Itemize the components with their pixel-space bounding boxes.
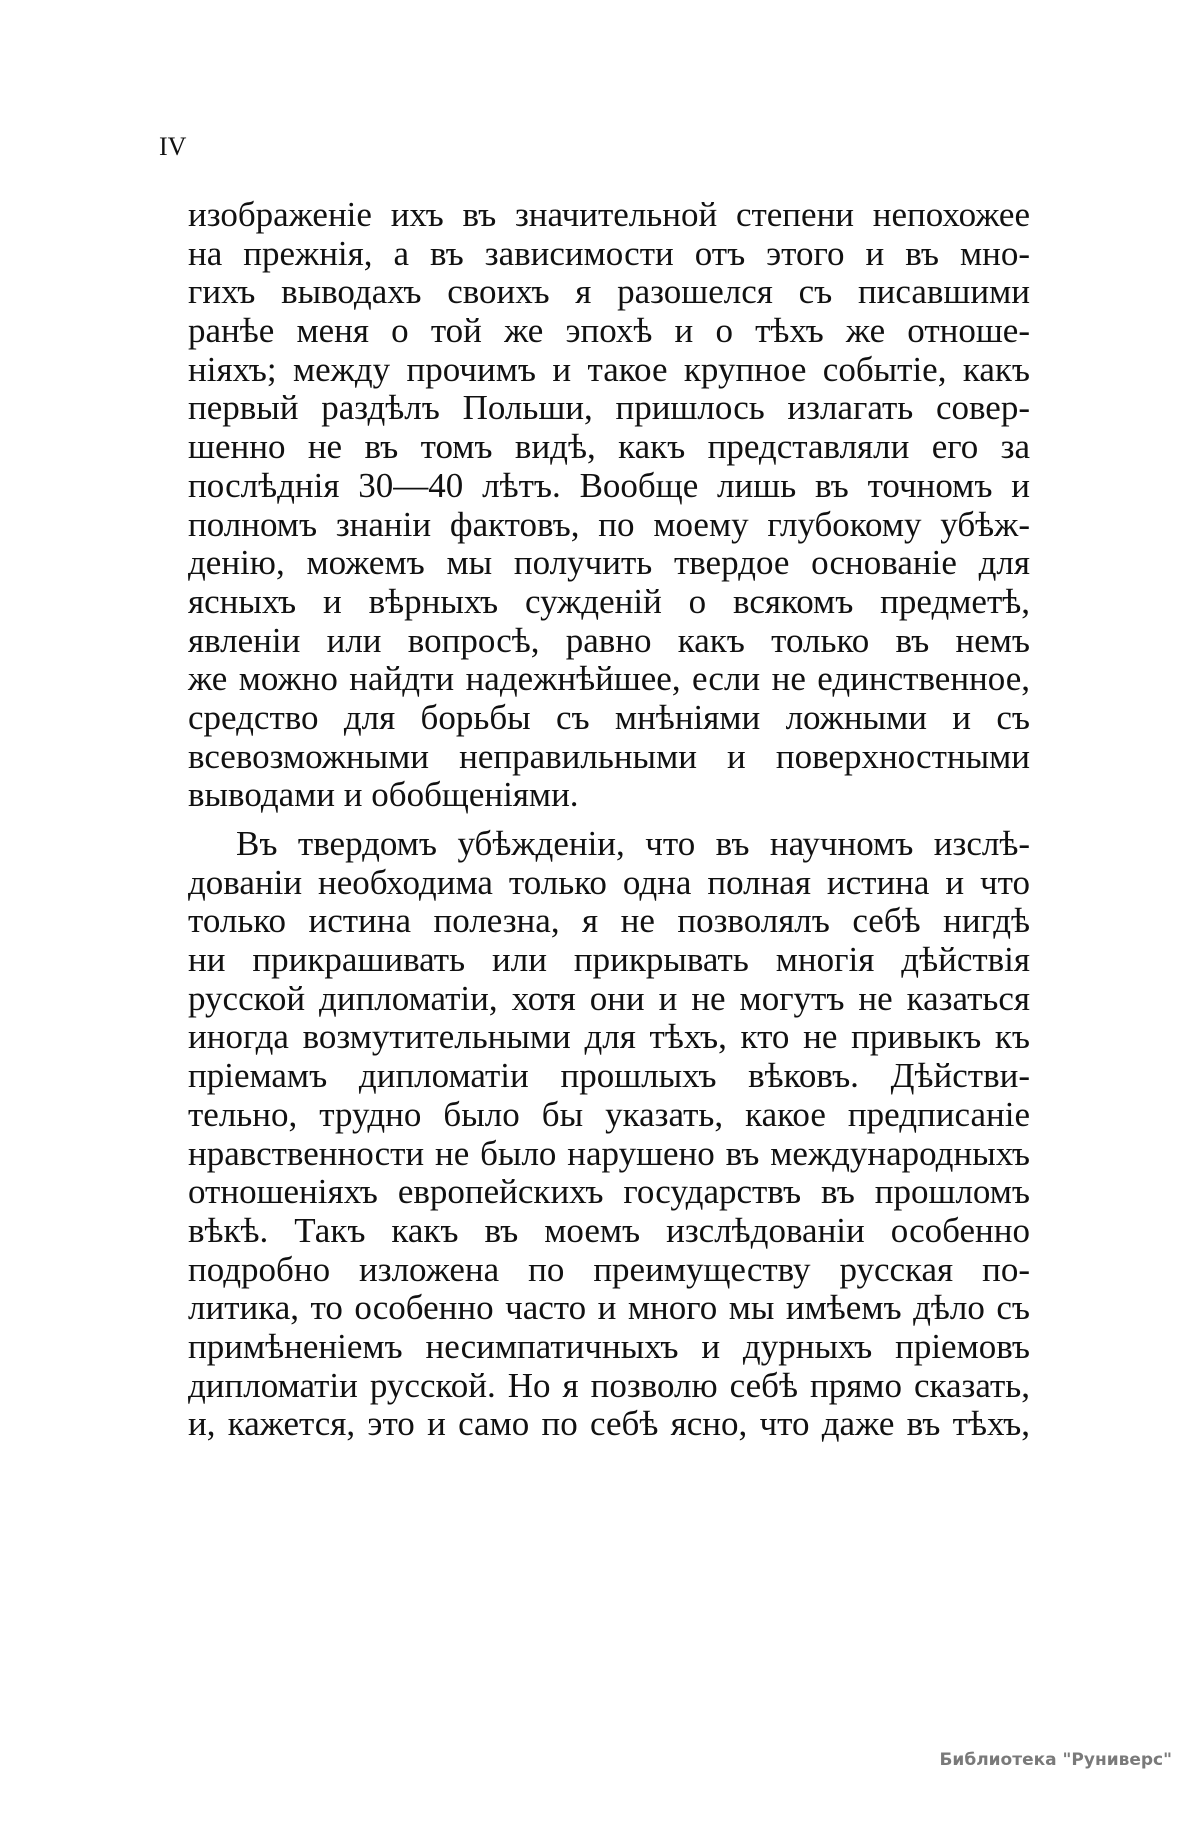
text-line: послѣднія 30—40 лѣтъ. Вообще лишь въ точ… bbox=[188, 467, 1030, 506]
text-line: гихъ выводахъ своихъ я разошелся съ писа… bbox=[188, 273, 1030, 312]
text-line: ранѣе меня о той же эпохѣ и о тѣхъ же от… bbox=[188, 312, 1030, 351]
text-line: средство для борьбы съ мнѣніями ложными … bbox=[188, 699, 1030, 738]
text-line: дипломатіи русской. Но я позволю себѣ пр… bbox=[188, 1367, 1030, 1406]
text-line: всевозможными неправильными и поверхност… bbox=[188, 738, 1030, 777]
page-number: IV bbox=[159, 132, 186, 162]
text-line: дованіи необходима только одна полная ис… bbox=[188, 864, 1030, 903]
text-line: выводами и обобщеніями. bbox=[188, 776, 1030, 815]
text-line: только истина полезна, я не позволялъ се… bbox=[188, 902, 1030, 941]
text-line: первый раздѣлъ Польши, пришлось излагать… bbox=[188, 389, 1030, 428]
text-line: полномъ знаніи фактовъ, по моему глубоко… bbox=[188, 506, 1030, 545]
text-line: шенно не въ томъ видѣ, какъ представляли… bbox=[188, 428, 1030, 467]
text-line: подробно изложена по преимуществу русска… bbox=[188, 1251, 1030, 1290]
text-line: ніяхъ; между прочимъ и такое крупное соб… bbox=[188, 351, 1030, 390]
text-line: и, кажется, это и само по себѣ ясно, что… bbox=[188, 1405, 1030, 1444]
text-line: ни прикрашивать или прикрывать многія дѣ… bbox=[188, 941, 1030, 980]
text-line: вѣкѣ. Такъ какъ въ моемъ изслѣдованіи ос… bbox=[188, 1212, 1030, 1251]
text-line: явленіи или вопросѣ, равно какъ только в… bbox=[188, 622, 1030, 661]
text-line: пріемамъ дипломатіи прошлыхъ вѣковъ. Дѣй… bbox=[188, 1057, 1030, 1096]
text-line: литика, то особенно часто и много мы имѣ… bbox=[188, 1289, 1030, 1328]
body-text: изображеніе ихъ въ значительной степени … bbox=[188, 196, 1030, 1444]
library-watermark: Библиотека "Руниверс" bbox=[939, 1750, 1172, 1770]
text-line: отношеніяхъ европейскихъ государствъ въ … bbox=[188, 1173, 1030, 1212]
text-line: нравственности не было нарушено въ между… bbox=[188, 1135, 1030, 1174]
text-line: русской дипломатіи, хотя они и не могутъ… bbox=[188, 980, 1030, 1019]
text-line: ясныхъ и вѣрныхъ сужденій о всякомъ пред… bbox=[188, 583, 1030, 622]
paragraph-2: Въ твердомъ убѣжденіи, что въ научномъ и… bbox=[188, 825, 1030, 1444]
text-line: денію, можемъ мы получить твердое основа… bbox=[188, 544, 1030, 583]
text-line: же можно найдти надежнѣйшее, если не еди… bbox=[188, 660, 1030, 699]
text-line: изображеніе ихъ въ значительной степени … bbox=[188, 196, 1030, 235]
text-line: тельно, трудно было бы указать, какое пр… bbox=[188, 1096, 1030, 1135]
text-line: Въ твердомъ убѣжденіи, что въ научномъ и… bbox=[188, 825, 1030, 864]
text-line: примѣненіемъ несимпатичныхъ и дурныхъ пр… bbox=[188, 1328, 1030, 1367]
paragraph-1: изображеніе ихъ въ значительной степени … bbox=[188, 196, 1030, 815]
text-line: на прежнія, а въ зависимости отъ этого и… bbox=[188, 235, 1030, 274]
text-line: иногда возмутительными для тѣхъ, кто не … bbox=[188, 1018, 1030, 1057]
